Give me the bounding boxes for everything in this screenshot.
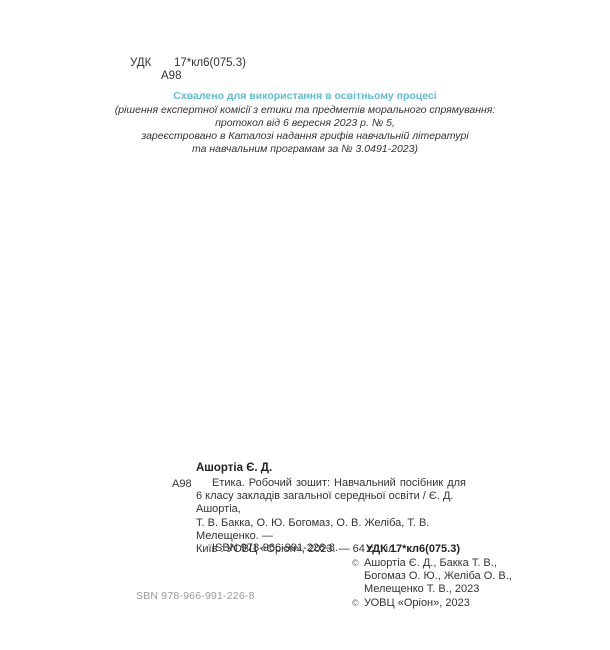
- copyright-block: ©Ашортіа Є. Д., Бакка Т. В., Богомаз О. …: [352, 557, 512, 610]
- copyright-authors-row: ©Ашортіа Є. Д., Бакка Т. В.,: [352, 557, 512, 570]
- bibliographic-code: А98: [172, 478, 192, 490]
- copyright-publisher: УОВЦ «Оріон», 2023: [364, 597, 470, 609]
- udk-code: 17*кл6(075.3): [174, 57, 246, 69]
- copyright-author-line: Ашортіа Є. Д., Бакка Т. В.,: [364, 557, 497, 569]
- approval-statement: Схвалено для використання в освітньому п…: [110, 90, 500, 156]
- approval-line: та навчальним програмам за № 3.0491-2023…: [110, 143, 500, 156]
- bibliographic-line: 6 класу закладів загальної середньої осв…: [196, 490, 466, 516]
- copyright-icon: ©: [352, 557, 364, 570]
- bibliographic-line: Т. В. Бакка, О. Ю. Богомаз, О. В. Желіба…: [196, 517, 466, 543]
- copyright-publisher-row: ©УОВЦ «Оріон», 2023: [352, 597, 512, 610]
- copyright-authors-row: Мелещенко Т. В., 2023: [352, 583, 512, 596]
- copyright-authors-row: Богомаз О. Ю., Желіба О. В.,: [352, 570, 512, 583]
- udk-label: УДК: [130, 57, 151, 69]
- bibliographic-isbn: ISBN 978-966-991-226-8.: [212, 542, 338, 554]
- approval-line: зареєстровано в Каталозі надання грифів …: [110, 130, 500, 143]
- approval-line: протокол від 6 вересня 2023 р. № 5,: [110, 117, 500, 130]
- copyright-author-line: Мелещенко Т. В., 2023: [364, 583, 479, 595]
- footer-isbn: SBN 978-966-991-226-8: [136, 590, 255, 602]
- imprint-udk: УДК 17*кл6(075.3): [366, 543, 460, 555]
- bibliographic-line: Етика. Робочий зошит: Навчальний посібни…: [196, 477, 466, 490]
- bibliographic-author: Ашортіа Є. Д.: [196, 462, 272, 474]
- author-sign-code: А98: [161, 70, 181, 82]
- approval-line: (рішення експертної комісії з етики та п…: [110, 104, 500, 117]
- copyright-icon: ©: [352, 597, 364, 610]
- approval-headline: Схвалено для використання в освітньому п…: [110, 90, 500, 103]
- copyright-author-line: Богомаз О. Ю., Желіба О. В.,: [364, 570, 512, 582]
